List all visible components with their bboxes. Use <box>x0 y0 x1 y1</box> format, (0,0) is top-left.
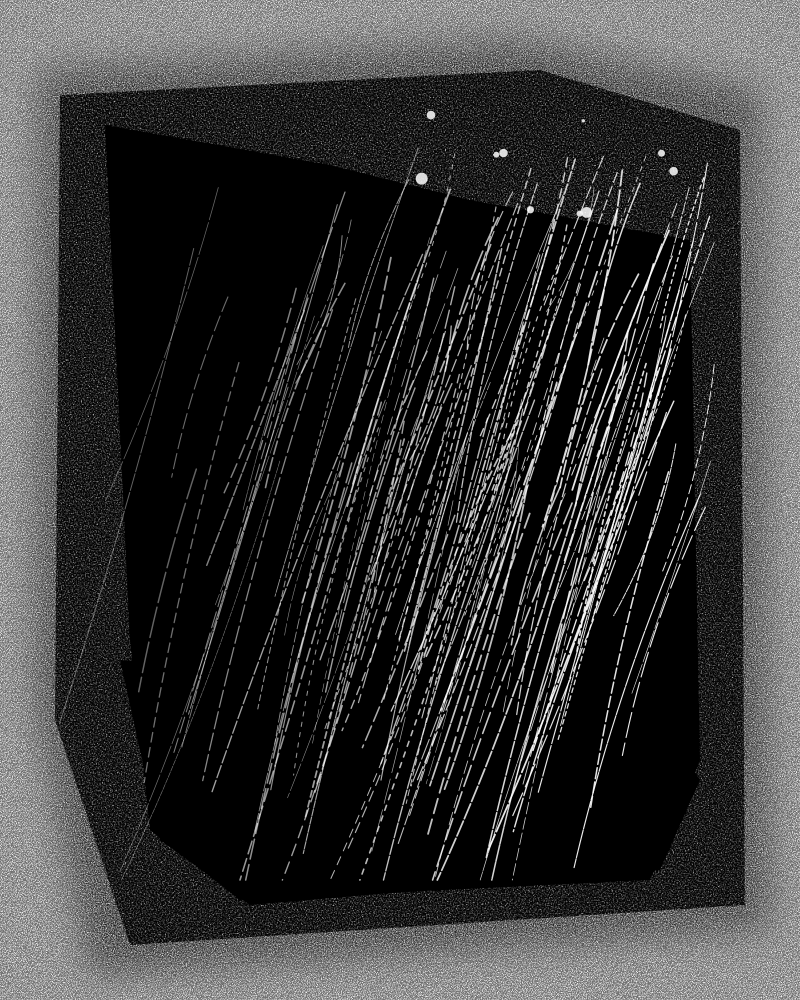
charcoal-texture-canvas: A dense black charcoal/chalk-filled rect… <box>0 0 800 1000</box>
charcoal-scribble-artwork <box>0 0 800 1000</box>
